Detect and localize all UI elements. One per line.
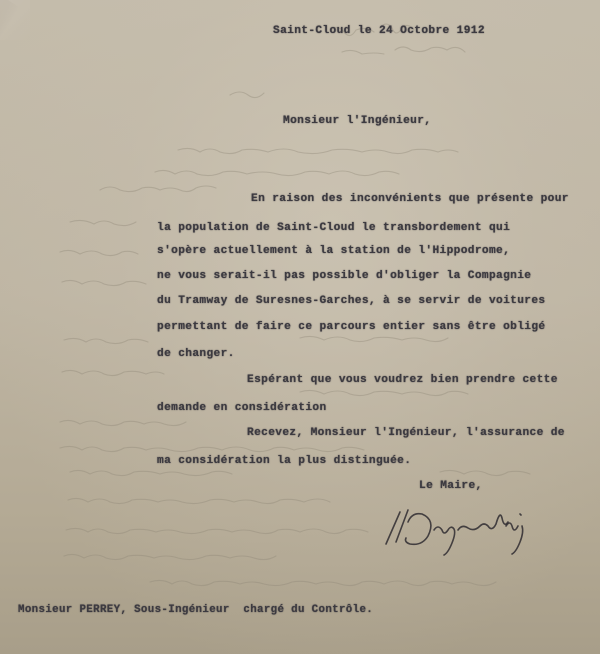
letter-body-line: de changer. <box>157 348 235 360</box>
letter-body-line: ne vous serait-il pas possible d'obliger… <box>157 270 531 282</box>
letter-body-line: ma considération la plus distinguée. <box>157 455 411 467</box>
letter-body-line: la population de Saint-Cloud le transbor… <box>157 222 510 234</box>
letter-body-line: s'opère actuellement à la station de l'H… <box>157 245 510 257</box>
letter-body-line: Espérant que vous voudrez bien prendre c… <box>247 374 558 386</box>
letter-dateline: Saint-Cloud le 24 Octobre 1912 <box>273 25 485 37</box>
letter-body-line: permettant de faire ce parcours entier s… <box>157 321 546 333</box>
letter-body-line: Recevez, Monsieur l'Ingénieur, l'assuran… <box>247 427 565 439</box>
letter-body-line: du Tramway de Suresnes-Garches, à se ser… <box>157 295 546 307</box>
letter-recipient: Monsieur PERREY, Sous-Ingénieur chargé d… <box>18 604 373 616</box>
letter-salutation: Monsieur l'Ingénieur, <box>283 115 431 127</box>
page-corner-highlight <box>0 0 30 40</box>
letter-signoff: Le Maire, <box>419 480 483 492</box>
letter-body-line: En raison des inconvénients que présente… <box>251 193 569 205</box>
letter-body-line: demande en considération <box>157 402 327 414</box>
handwritten-signature-icon <box>378 500 548 560</box>
